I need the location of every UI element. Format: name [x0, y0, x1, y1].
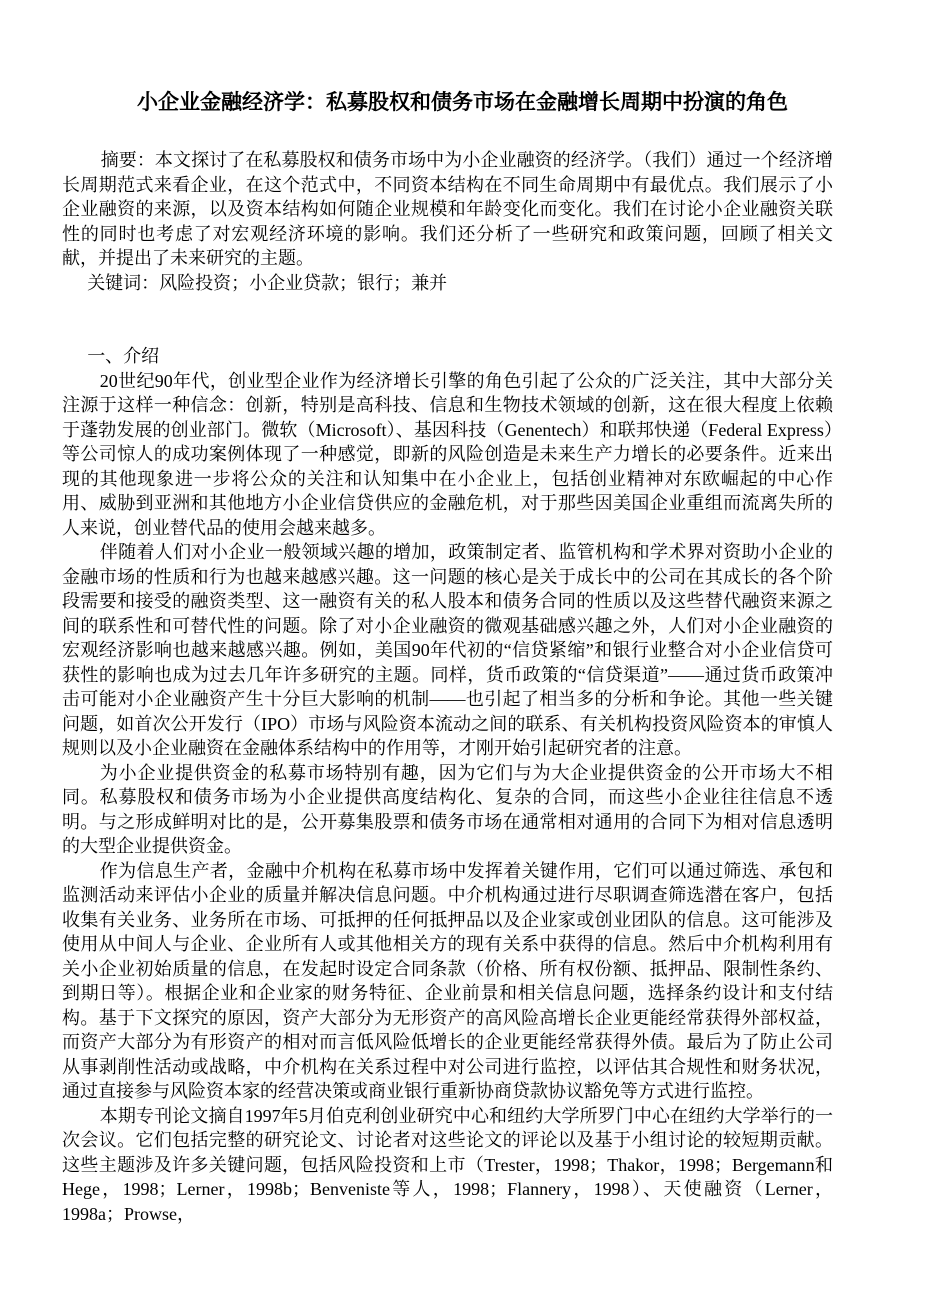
document-page: 小企业金融经济学：私募股权和债务市场在金融增长周期中扮演的角色 摘要：本文探讨了…	[0, 0, 925, 1309]
paper-title: 小企业金融经济学：私募股权和债务市场在金融增长周期中扮演的角色	[0, 0, 925, 116]
keywords-line: 关键词：风险投资；小企业贷款；银行；兼并	[62, 271, 833, 296]
abstract-paragraph: 摘要：本文探讨了在私募股权和债务市场中为小企业融资的经济学。（我们）通过一个经济…	[62, 148, 833, 271]
intro-paragraph-2: 伴随着人们对小企业一般领域兴趣的增加，政策制定者、监管机构和学术界对资助小企业的…	[62, 540, 833, 761]
intro-paragraph-5: 本期专刊论文摘自1997年5月伯克利创业研究中心和纽约大学所罗门中心在纽约大学举…	[62, 1104, 833, 1227]
intro-paragraph-4: 作为信息生产者，金融中介机构在私募市场中发挥着关键作用，它们可以通过筛选、承包和…	[62, 859, 833, 1104]
document-body: 摘要：本文探讨了在私募股权和债务市场中为小企业融资的经济学。（我们）通过一个经济…	[62, 148, 833, 1226]
intro-paragraph-1: 20世纪90年代，创业型企业作为经济增长引擎的角色引起了公众的广泛关注，其中大部…	[62, 369, 833, 541]
intro-paragraph-3: 为小企业提供资金的私募市场特别有趣，因为它们与为大企业提供资金的公开市场大不相同…	[62, 761, 833, 859]
section-heading-introduction: 一、介绍	[62, 344, 833, 369]
